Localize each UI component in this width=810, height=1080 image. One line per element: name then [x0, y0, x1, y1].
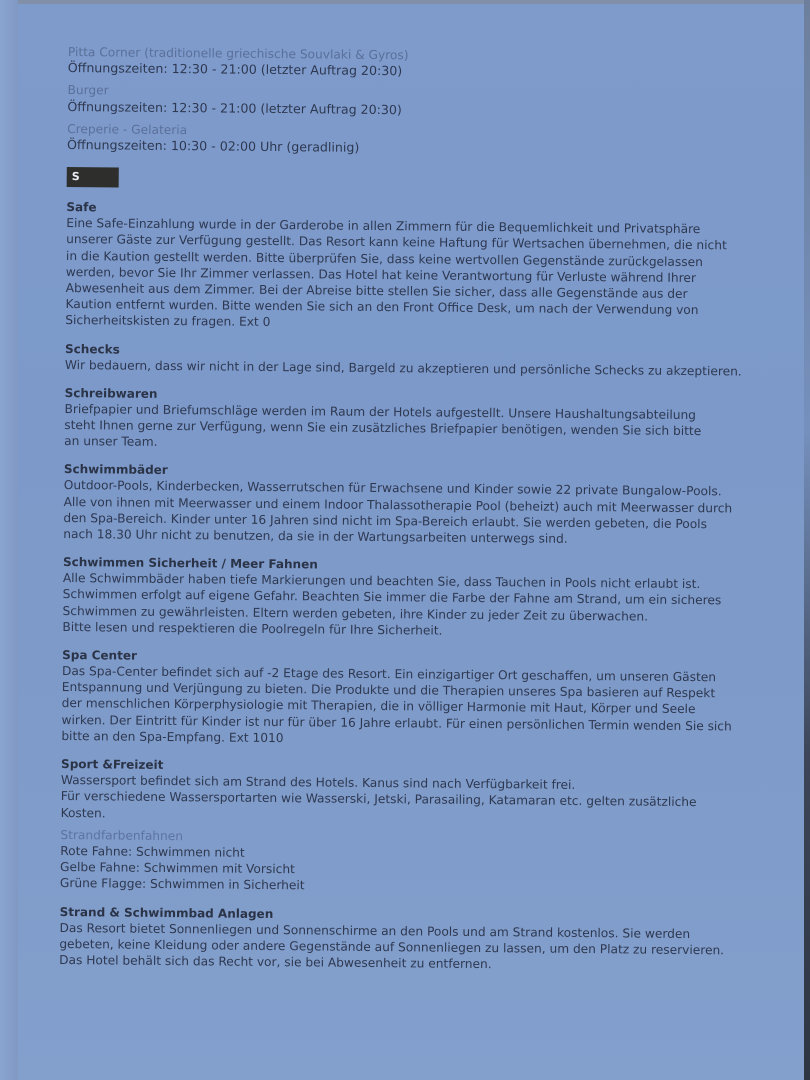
- section-body: Outdoor-Pools, Kinderbecken, Wasserrutsc…: [63, 477, 744, 548]
- section-body: Das Resort bietet Sonnenliegen und Sonne…: [59, 919, 739, 974]
- section-body: Briefpapier und Briefumschläge werden im…: [64, 401, 744, 456]
- section-body: Wassersport befindet sich am Strand des …: [61, 772, 741, 827]
- venue-burger: Burger Öffnungszeiten: 12:30 - 21:00 (le…: [67, 82, 747, 121]
- page-top-edge: [18, 0, 810, 4]
- page-right-edge: [804, 0, 810, 1080]
- section-schwimmbaeder: Schwimmbäder Outdoor-Pools, Kinderbecken…: [63, 461, 744, 548]
- document-content: Pitta Corner (traditionelle griechische …: [59, 44, 748, 987]
- venue-creperie: Creperie - Gelateria Öffnungszeiten: 10:…: [67, 121, 747, 160]
- section-sport-freizeit: Sport &Freizeit Wassersport befindet sic…: [61, 756, 742, 827]
- page-binding-edge: [0, 0, 18, 1080]
- section-body: Eine Safe-Einzahlung wurde in der Garder…: [65, 215, 746, 335]
- section-schwimmen-sicherheit: Schwimmen Sicherheit / Meer Fahnen Alle …: [62, 554, 743, 641]
- section-body: Alle Schwimmbäder haben tiefe Markierung…: [62, 570, 743, 641]
- section-spa-center: Spa Center Das Spa-Center befindet sich …: [61, 647, 742, 751]
- section-schecks: Schecks Wir bedauern, dass wir nicht in …: [65, 341, 745, 380]
- section-safe: Safe Eine Safe-Einzahlung wurde in der G…: [65, 199, 746, 335]
- venue-pitta-corner: Pitta Corner (traditionelle griechische …: [68, 44, 748, 83]
- section-letter-badge: S: [67, 167, 119, 187]
- section-strand-schwimmbad: Strand & Schwimmbad Anlagen Das Resort b…: [59, 903, 740, 974]
- beach-flags-list: Strandfarbenfahnen Rote Fahne: Schwimmen…: [60, 827, 741, 898]
- section-body: Das Spa-Center befindet sich auf -2 Etag…: [61, 663, 742, 751]
- section-schreibwaren: Schreibwaren Briefpapier und Briefumschl…: [64, 385, 745, 456]
